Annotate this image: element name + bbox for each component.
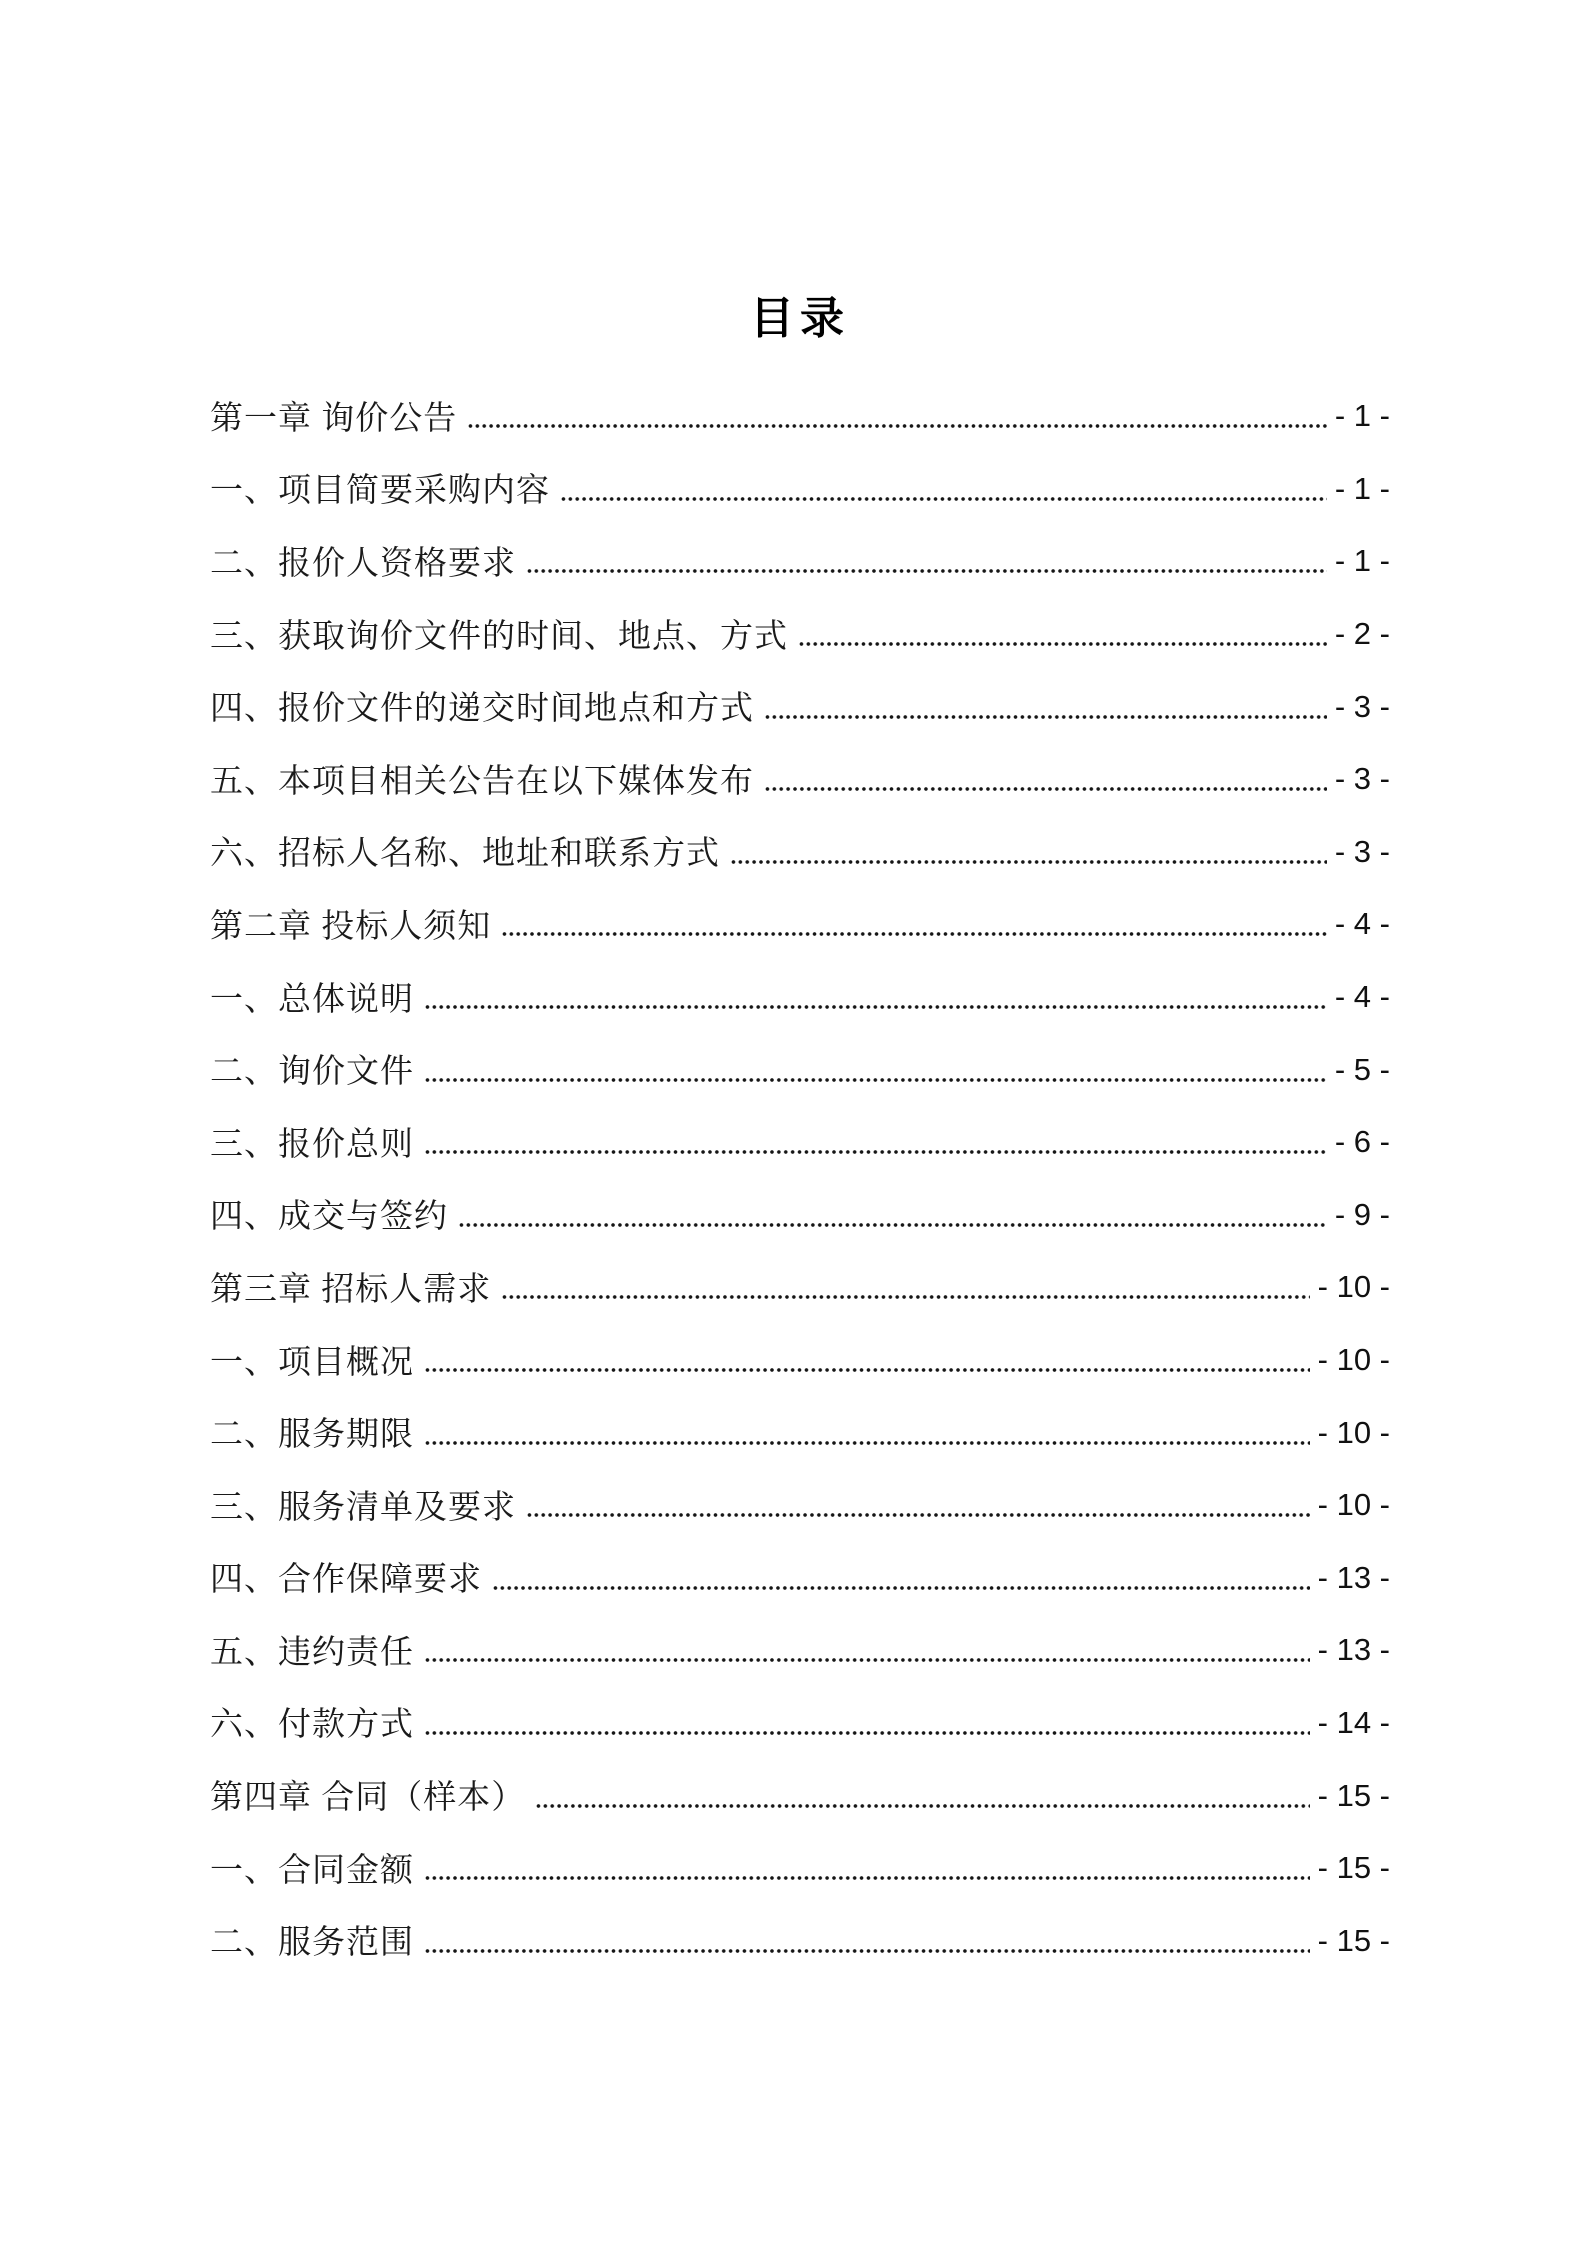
document-page: 目录 第一章 询价公告 - 1 - 一、项目简要采购内容 - 1 - 二、报价人… [0, 0, 1587, 2245]
toc-entry-label: 一、项目概况 [210, 1336, 414, 1383]
toc-entry-page: - 13 - [1318, 1632, 1390, 1668]
dot-leader [424, 1004, 1327, 1010]
dot-leader [424, 1440, 1310, 1446]
toc-entry[interactable]: 四、成交与签约 - 9 - [210, 1178, 1390, 1251]
toc-entry-label: 二、服务期限 [210, 1408, 414, 1455]
dot-leader [424, 1149, 1327, 1155]
dot-leader [798, 641, 1327, 647]
toc-entry[interactable]: 五、本项目相关公告在以下媒体发布 - 3 - [210, 742, 1390, 815]
toc-entry-label: 第三章 招标人需求 [210, 1263, 491, 1310]
toc-entry-page: - 10 - [1318, 1487, 1390, 1523]
toc-entry-page: - 14 - [1318, 1705, 1390, 1741]
toc-entry[interactable]: 第一章 询价公告 - 1 - [210, 379, 1390, 452]
table-of-contents: 第一章 询价公告 - 1 - 一、项目简要采购内容 - 1 - 二、报价人资格要… [210, 379, 1390, 1976]
dot-leader [424, 1875, 1310, 1881]
toc-entry[interactable]: 三、服务清单及要求 - 10 - [210, 1468, 1390, 1541]
toc-entry-page: - 6 - [1335, 1124, 1390, 1160]
dot-leader [458, 1222, 1327, 1228]
dot-leader [764, 786, 1327, 792]
toc-entry-label: 五、违约责任 [210, 1626, 414, 1673]
toc-entry-label: 三、报价总则 [210, 1118, 414, 1165]
dot-leader [535, 1803, 1309, 1809]
toc-entry-label: 二、报价人资格要求 [210, 537, 516, 584]
toc-entry-label: 六、招标人名称、地址和联系方式 [210, 827, 720, 874]
toc-entry-page: - 1 - [1335, 543, 1390, 579]
toc-entry-label: 二、询价文件 [210, 1045, 414, 1092]
dot-leader [467, 423, 1327, 429]
dot-leader [424, 1948, 1310, 1954]
toc-entry-label: 五、本项目相关公告在以下媒体发布 [210, 755, 754, 802]
toc-entry[interactable]: 三、获取询价文件的时间、地点、方式 - 2 - [210, 597, 1390, 670]
toc-entry[interactable]: 四、报价文件的递交时间地点和方式 - 3 - [210, 669, 1390, 742]
dot-leader [501, 931, 1327, 937]
toc-entry-page: - 9 - [1335, 1197, 1390, 1233]
toc-entry-label: 第四章 合同（样本） [210, 1771, 525, 1818]
toc-entry-page: - 10 - [1318, 1415, 1390, 1451]
toc-entry-page: - 1 - [1335, 471, 1390, 507]
toc-entry-label: 一、总体说明 [210, 973, 414, 1020]
toc-entry-label: 三、获取询价文件的时间、地点、方式 [210, 610, 788, 657]
toc-entry[interactable]: 一、项目简要采购内容 - 1 - [210, 452, 1390, 525]
toc-entry[interactable]: 二、询价文件 - 5 - [210, 1032, 1390, 1105]
toc-entry-label: 一、项目简要采购内容 [210, 464, 550, 511]
toc-entry[interactable]: 六、付款方式 - 14 - [210, 1686, 1390, 1759]
toc-entry-page: - 3 - [1335, 761, 1390, 797]
toc-entry-label: 二、服务范围 [210, 1916, 414, 1963]
dot-leader [526, 568, 1327, 574]
dot-leader [492, 1585, 1310, 1591]
dot-leader [526, 1512, 1310, 1518]
toc-entry-page: - 5 - [1335, 1052, 1390, 1088]
toc-entry-page: - 10 - [1318, 1269, 1390, 1305]
toc-entry-page: - 1 - [1335, 398, 1390, 434]
toc-entry[interactable]: 五、违约责任 - 13 - [210, 1613, 1390, 1686]
toc-entry-label: 第一章 询价公告 [210, 392, 457, 439]
toc-entry-page: - 4 - [1335, 979, 1390, 1015]
toc-entry-page: - 2 - [1335, 616, 1390, 652]
toc-entry-page: - 4 - [1335, 906, 1390, 942]
toc-entry-page: - 13 - [1318, 1560, 1390, 1596]
toc-entry-label: 四、成交与签约 [210, 1190, 448, 1237]
toc-entry-page: - 15 - [1318, 1850, 1390, 1886]
toc-entry-label: 六、付款方式 [210, 1698, 414, 1745]
toc-entry-label: 四、报价文件的递交时间地点和方式 [210, 682, 754, 729]
toc-entry-label: 一、合同金额 [210, 1844, 414, 1891]
toc-entry[interactable]: 二、报价人资格要求 - 1 - [210, 524, 1390, 597]
dot-leader [424, 1077, 1327, 1083]
toc-entry-page: - 15 - [1318, 1923, 1390, 1959]
dot-leader [424, 1730, 1310, 1736]
dot-leader [560, 496, 1327, 502]
toc-entry[interactable]: 三、报价总则 - 6 - [210, 1105, 1390, 1178]
dot-leader [730, 859, 1327, 865]
toc-entry-page: - 3 - [1335, 689, 1390, 725]
toc-entry[interactable]: 二、服务范围 - 15 - [210, 1903, 1390, 1976]
toc-entry[interactable]: 第三章 招标人需求 - 10 - [210, 1250, 1390, 1323]
toc-entry[interactable]: 二、服务期限 - 10 - [210, 1395, 1390, 1468]
dot-leader [424, 1657, 1310, 1663]
toc-entry-label: 三、服务清单及要求 [210, 1481, 516, 1528]
toc-entry[interactable]: 六、招标人名称、地址和联系方式 - 3 - [210, 815, 1390, 888]
toc-entry[interactable]: 一、总体说明 - 4 - [210, 960, 1390, 1033]
dot-leader [424, 1367, 1310, 1373]
toc-entry[interactable]: 第二章 投标人须知 - 4 - [210, 887, 1390, 960]
toc-entry-page: - 15 - [1318, 1778, 1390, 1814]
toc-entry[interactable]: 四、合作保障要求 - 13 - [210, 1541, 1390, 1614]
toc-entry-page: - 10 - [1318, 1342, 1390, 1378]
toc-entry-label: 四、合作保障要求 [210, 1553, 482, 1600]
toc-entry[interactable]: 第四章 合同（样本） - 15 - [210, 1758, 1390, 1831]
toc-entry[interactable]: 一、项目概况 - 10 - [210, 1323, 1390, 1396]
dot-leader [501, 1294, 1309, 1300]
page-title: 目录 [210, 293, 1390, 345]
toc-entry[interactable]: 一、合同金额 - 15 - [210, 1831, 1390, 1904]
toc-entry-page: - 3 - [1335, 834, 1390, 870]
toc-entry-label: 第二章 投标人须知 [210, 900, 491, 947]
dot-leader [764, 714, 1327, 720]
